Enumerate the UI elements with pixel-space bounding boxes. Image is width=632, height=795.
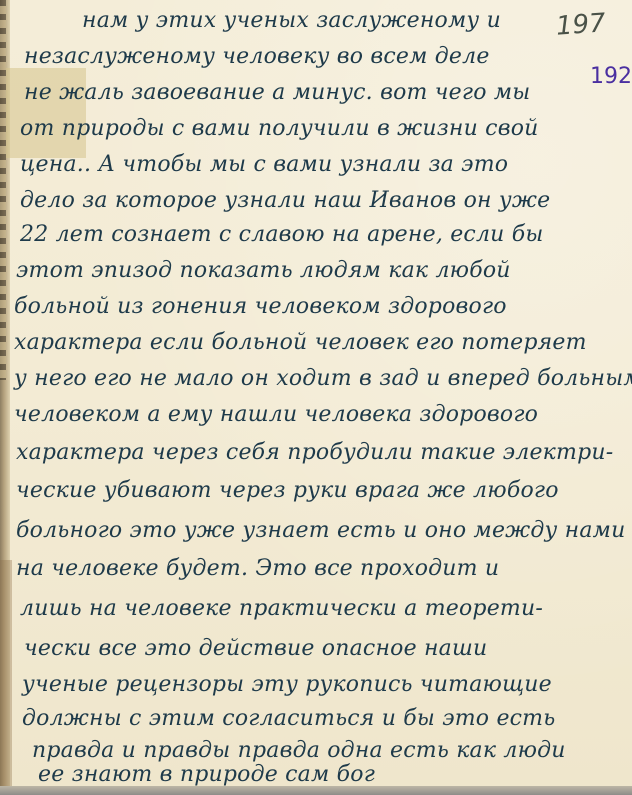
manuscript-page: 197 192 нам у этих ученых заслуженому и … bbox=[0, 0, 632, 795]
text-line: правда и правды правда одна есть как люд… bbox=[32, 738, 566, 763]
text-line: чески все это действие опасное наши bbox=[24, 636, 487, 661]
binding-stitching bbox=[0, 0, 6, 380]
text-line: этот эпизод показать людям как любой bbox=[16, 258, 511, 283]
text-line: ее знают в природе сам бог bbox=[38, 762, 375, 787]
page-number-pencil: 197 bbox=[555, 8, 607, 41]
text-line: на человеке будет. Это все проходит и bbox=[16, 556, 499, 581]
text-line: не жаль завоевание а минус. вот чего мы bbox=[24, 80, 530, 105]
text-line: больной из гонения человеком здорового bbox=[14, 294, 507, 319]
text-line: больного это уже узнает есть и оно между… bbox=[16, 518, 626, 543]
text-line: дело за которое узнали наш Иванов он уже bbox=[20, 188, 550, 213]
text-line: от природы с вами получили в жизни свой bbox=[20, 116, 539, 141]
text-line: лишь на человеке практически а теорети- bbox=[20, 596, 543, 621]
text-line: у него его не мало он ходит в зад и впер… bbox=[14, 366, 632, 391]
text-line: характера если больной человек его потер… bbox=[14, 330, 587, 355]
page-number-ink: 192 bbox=[590, 64, 632, 89]
text-line: ческие убивают через руки врага же любог… bbox=[16, 478, 559, 503]
text-line: цена.. А чтобы мы с вами узнали за это bbox=[20, 152, 508, 177]
text-line: характера через себя пробудили такие эле… bbox=[16, 440, 613, 465]
text-line: незаслуженому человеку во всем деле bbox=[24, 44, 490, 69]
page-bottom-edge bbox=[0, 786, 632, 795]
text-line: нам у этих ученых заслуженому и bbox=[82, 8, 501, 33]
text-line: должны с этим согласиться и бы это есть bbox=[22, 706, 555, 731]
text-line: 22 лет сознает с славою на арене, если б… bbox=[20, 222, 543, 247]
text-line: ученые рецензоры эту рукопись читающие bbox=[22, 672, 552, 697]
edge-stain bbox=[0, 560, 12, 790]
text-line: человеком а ему нашли человека здорового bbox=[14, 402, 538, 427]
